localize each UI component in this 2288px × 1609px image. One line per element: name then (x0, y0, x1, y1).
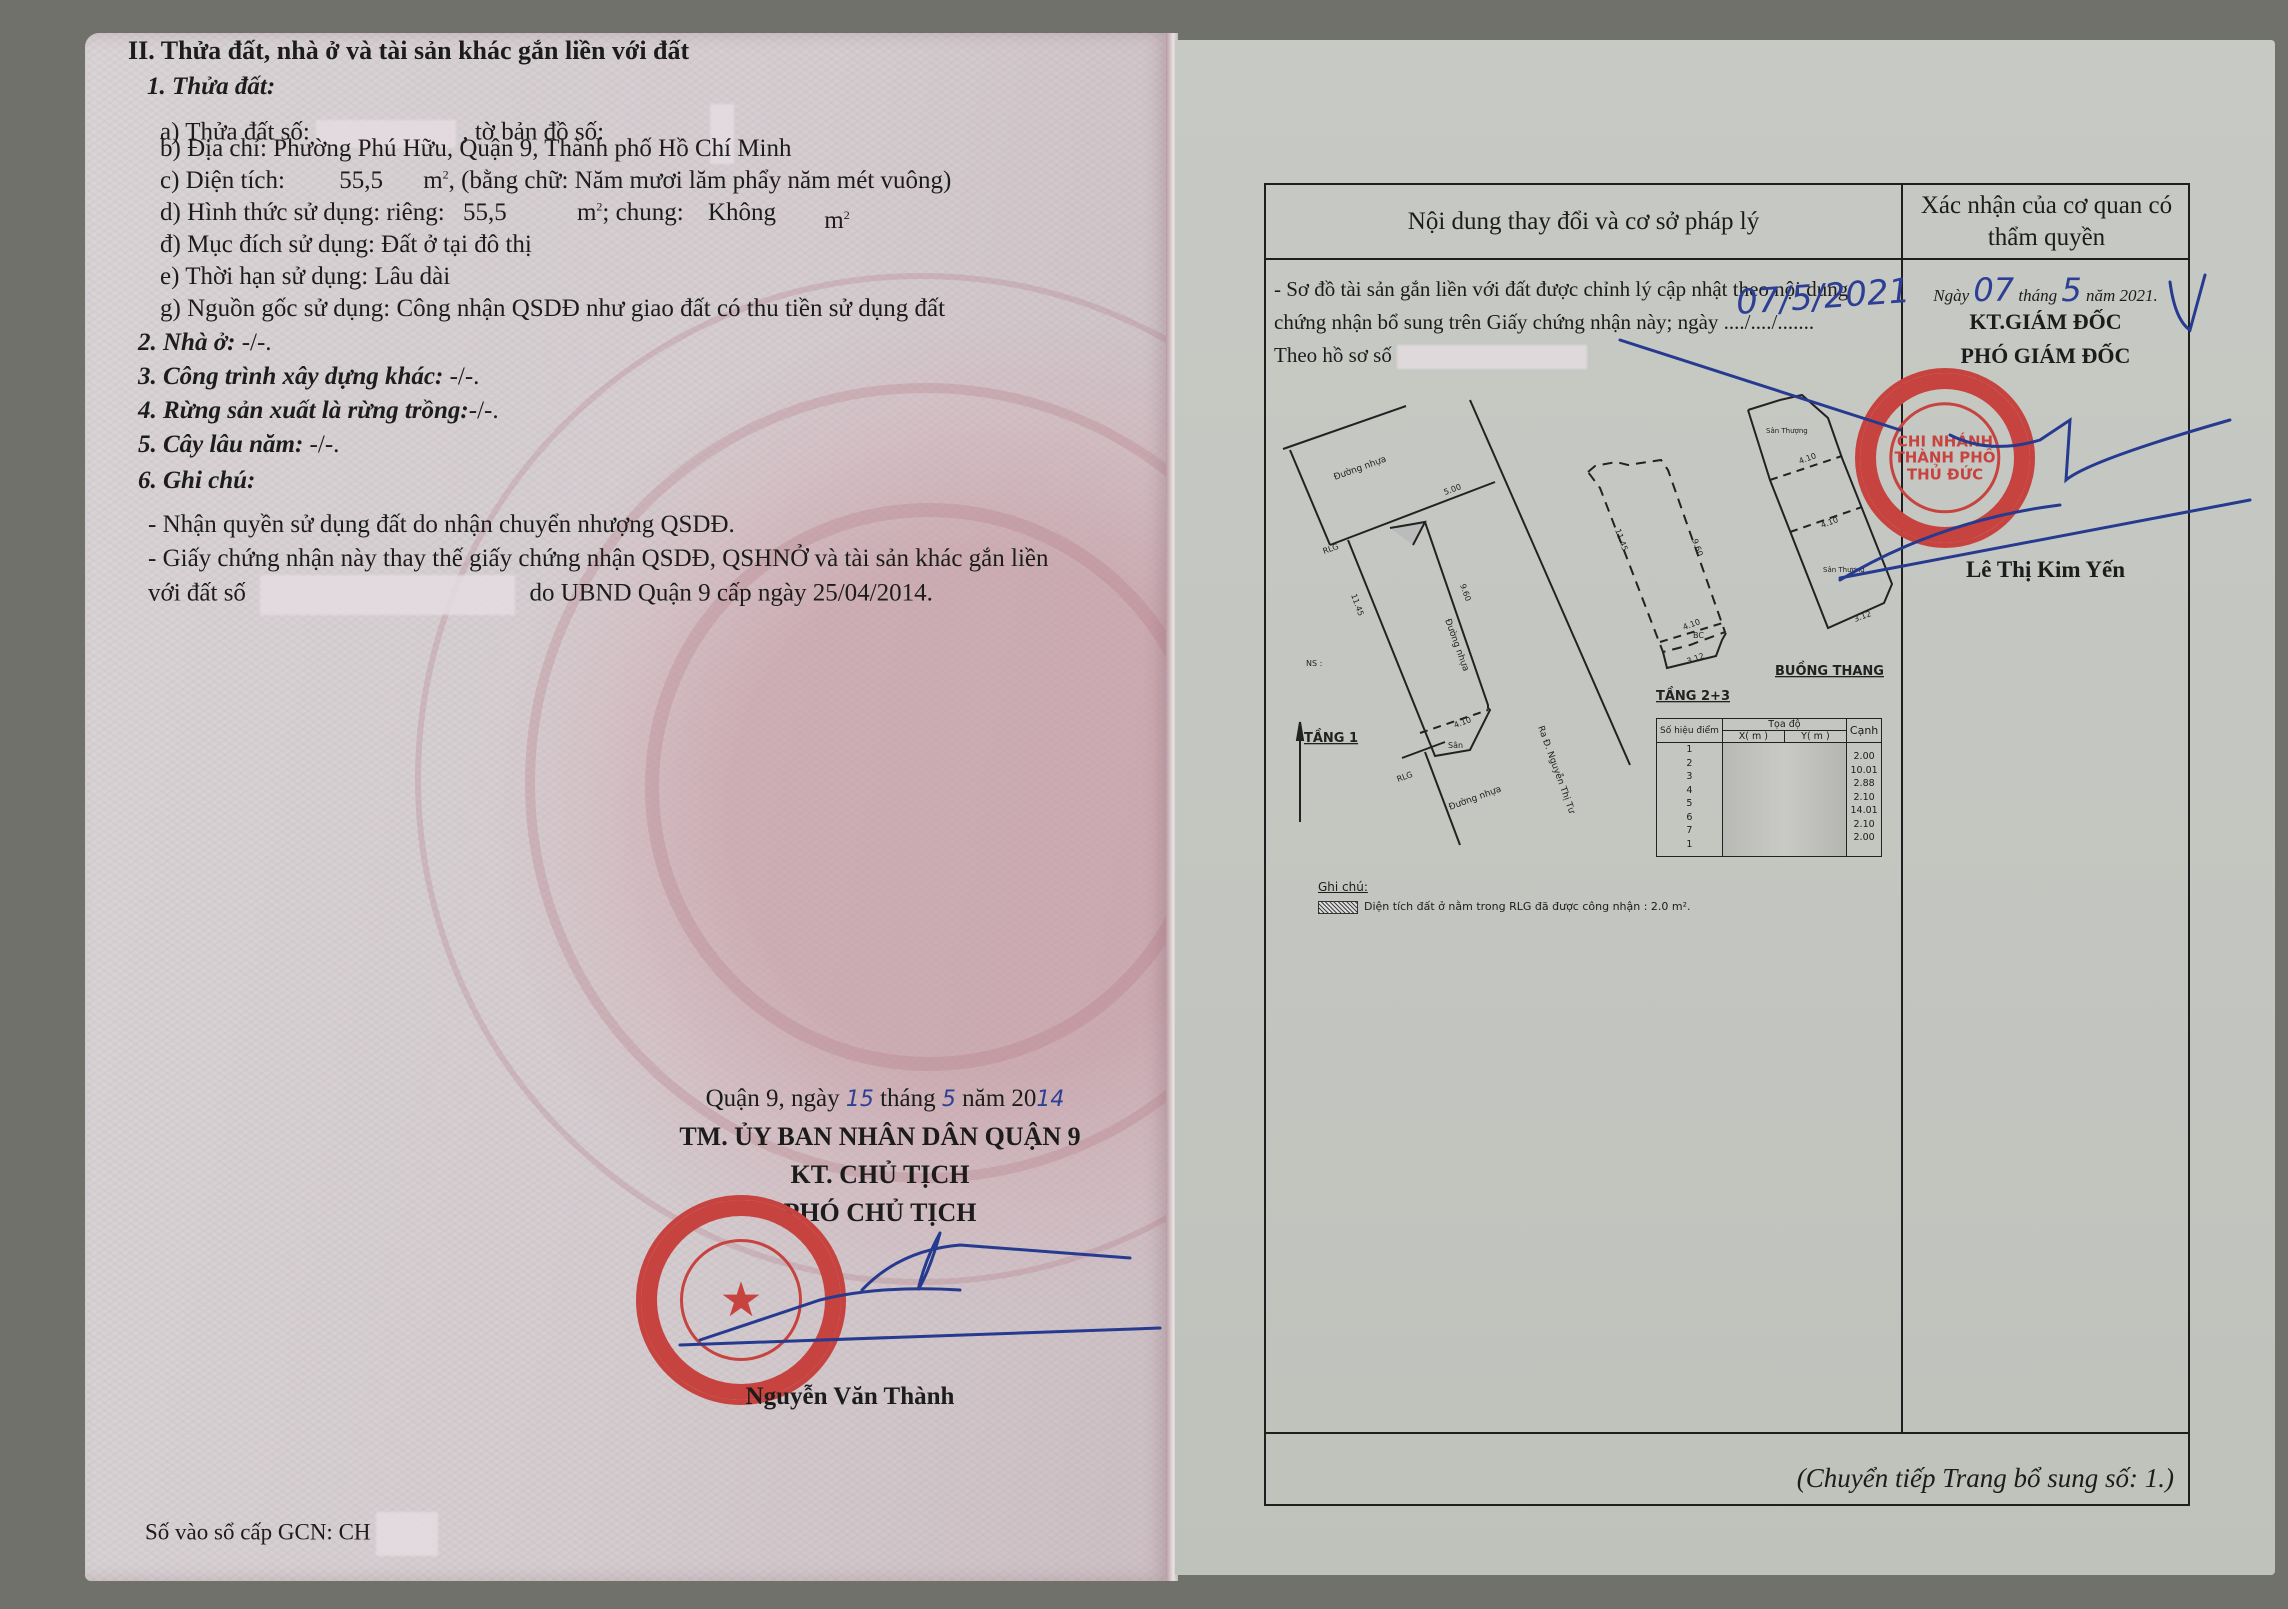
note-transfer: - Nhận quyền sử dụng đất do nhận chuyển … (148, 512, 735, 537)
edge-length: 2.10 (1850, 818, 1878, 832)
col-y: Y( m ) (1784, 731, 1846, 743)
common-value: Không (708, 199, 776, 226)
item-notes-heading: 6. Ghi chú: (138, 468, 255, 493)
confirm-month: 5 (2061, 271, 2081, 309)
note-replacement: - Giấy chứng nhận này thay thế giấy chứn… (148, 546, 1049, 571)
col-x: X( m ) (1722, 731, 1784, 743)
item-house: 2. Nhà ở: -/-. (138, 330, 272, 355)
official-seal-district: ★ (636, 1195, 846, 1405)
area-words: , (bằng chữ: Năm mươi lăm phẩy năm mét v… (449, 167, 952, 194)
point-number: 2 (1660, 757, 1719, 771)
issue-day: 15 (846, 1087, 874, 1112)
edge-length: 2.10 (1850, 791, 1878, 805)
redacted-old-certificate-number (260, 575, 515, 615)
official-seal-registration-office: CHI NHÁNHTHÀNH PHỐTHỦ ĐỨC (1855, 368, 2035, 548)
point-number: 6 (1660, 811, 1719, 825)
confirmation-date: Ngày 07 tháng 5 năm 2021. (1901, 271, 2190, 309)
col-header-changes: Nội dung thay đổi và cơ sở pháp lý (1266, 185, 1901, 258)
issue-month: 5 (942, 1087, 956, 1112)
note-replacement-cont: với đất số do UBND Quận 9 cấp ngày 25/04… (148, 575, 933, 615)
point-number: 4 (1660, 784, 1719, 798)
point-number: 1 (1660, 743, 1719, 757)
issue-year: 14 (1036, 1087, 1064, 1112)
confirm-day: 07 (1973, 271, 2014, 309)
register-number: Số vào sổ cấp GCN: CH (145, 1512, 438, 1556)
item-other-construction: 3. Công trình xây dựng khác: -/-. (138, 364, 479, 389)
edge-length: 2.88 (1850, 777, 1878, 791)
edge-lengths: 2.0010.012.882.1014.012.102.00 (1846, 743, 1881, 857)
redacted-file-number (1397, 345, 1587, 369)
edge-length: 2.00 (1850, 750, 1878, 764)
area-value: 55,5 (339, 167, 383, 194)
point-numbers: 12345671 (1657, 743, 1723, 857)
area-unit: m (423, 167, 442, 194)
point-number: 5 (1660, 797, 1719, 811)
confirm-role: KT.GIÁM ĐỐC (1901, 309, 2190, 335)
item-production-forest: 4. Rừng sản xuất là rừng trồng:-/-. (138, 398, 499, 423)
col-edge: Cạnh (1846, 719, 1881, 743)
land-use-term: e) Thời hạn sử dụng: Lâu dài (160, 264, 450, 289)
issue-date: Quận 9, ngày 15 tháng 5 năm 2014 (625, 1085, 1145, 1113)
legend-text: Diện tích đất ở nằm trong RLG đã được cô… (1364, 900, 1691, 913)
usage-form-label: d) Hình thức sử dụng: riêng: (160, 199, 445, 226)
col-header-confirmation: Xác nhận của cơ quan có thẩm quyền (1903, 185, 2190, 258)
common-label: ; chung: (602, 199, 683, 226)
issuer-org: TM. ỦY BAN NHÂN DÂN QUẬN 9 (640, 1122, 1120, 1152)
redacted-coordinates (1722, 743, 1846, 857)
legend-heading: Ghi chú: (1318, 880, 1691, 894)
col-coordinates: Tọa độ (1722, 719, 1846, 731)
private-area-unit: m (577, 199, 596, 226)
parcel-heading: 1. Thửa đất: (147, 74, 275, 99)
change-line-3: Theo hồ sơ số (1274, 339, 1848, 372)
section-title: II. Thửa đất, nhà ở và tài sản khác gắn … (128, 38, 689, 64)
continuation-note: (Chuyển tiếp Trang bổ sung số: 1.) (1797, 1463, 2174, 1494)
confirm-signer-name: Lê Thị Kim Yến (1901, 557, 2190, 583)
edge-length: 2.00 (1850, 831, 1878, 845)
area-row: c) Diện tích: 55,5 m2, (bằng chữ: Năm mư… (160, 168, 951, 193)
land-use-purpose: đ) Mục đích sử dụng: Đất ở tại đô thị (160, 232, 532, 257)
common-area-unit: m (824, 207, 843, 234)
signer-name: Nguyễn Văn Thành (700, 1383, 1000, 1411)
point-number: 3 (1660, 770, 1719, 784)
seal-center-text: CHI NHÁNHTHÀNH PHỐTHỦ ĐỨC (1889, 402, 2000, 513)
edge-length: 10.01 (1850, 764, 1878, 778)
private-area-value: 55,5 (463, 199, 507, 226)
land-use-origin: g) Nguồn gốc sử dụng: Công nhận QSDĐ như… (160, 296, 945, 321)
drawing-legend: Ghi chú: Diện tích đất ở nằm trong RLG đ… (1318, 880, 1691, 914)
col-point-number: Số hiệu điểm (1657, 719, 1723, 743)
point-number: 1 (1660, 838, 1719, 852)
confirm-role-deputy: PHÓ GIÁM ĐỐC (1901, 343, 2190, 369)
hatch-swatch-icon (1318, 901, 1358, 914)
seal-star-icon: ★ (680, 1239, 802, 1361)
usage-form-row: d) Hình thức sử dụng: riêng: 55,5 m2; ch… (160, 200, 850, 225)
edge-length: 14.01 (1850, 804, 1878, 818)
issuer-role: KT. CHỦ TỊCH (640, 1160, 1120, 1190)
redacted-register-number (376, 1512, 438, 1556)
coordinate-table: Số hiệu điểm Tọa độ Cạnh X( m ) Y( m ) 1… (1656, 718, 1882, 857)
area-label: c) Diện tích: (160, 167, 285, 194)
address: b) Địa chỉ: Phường Phú Hữu, Quận 9, Thàn… (160, 136, 792, 161)
point-number: 7 (1660, 824, 1719, 838)
item-perennial-trees: 5. Cây lâu năm: -/-. (138, 432, 339, 457)
